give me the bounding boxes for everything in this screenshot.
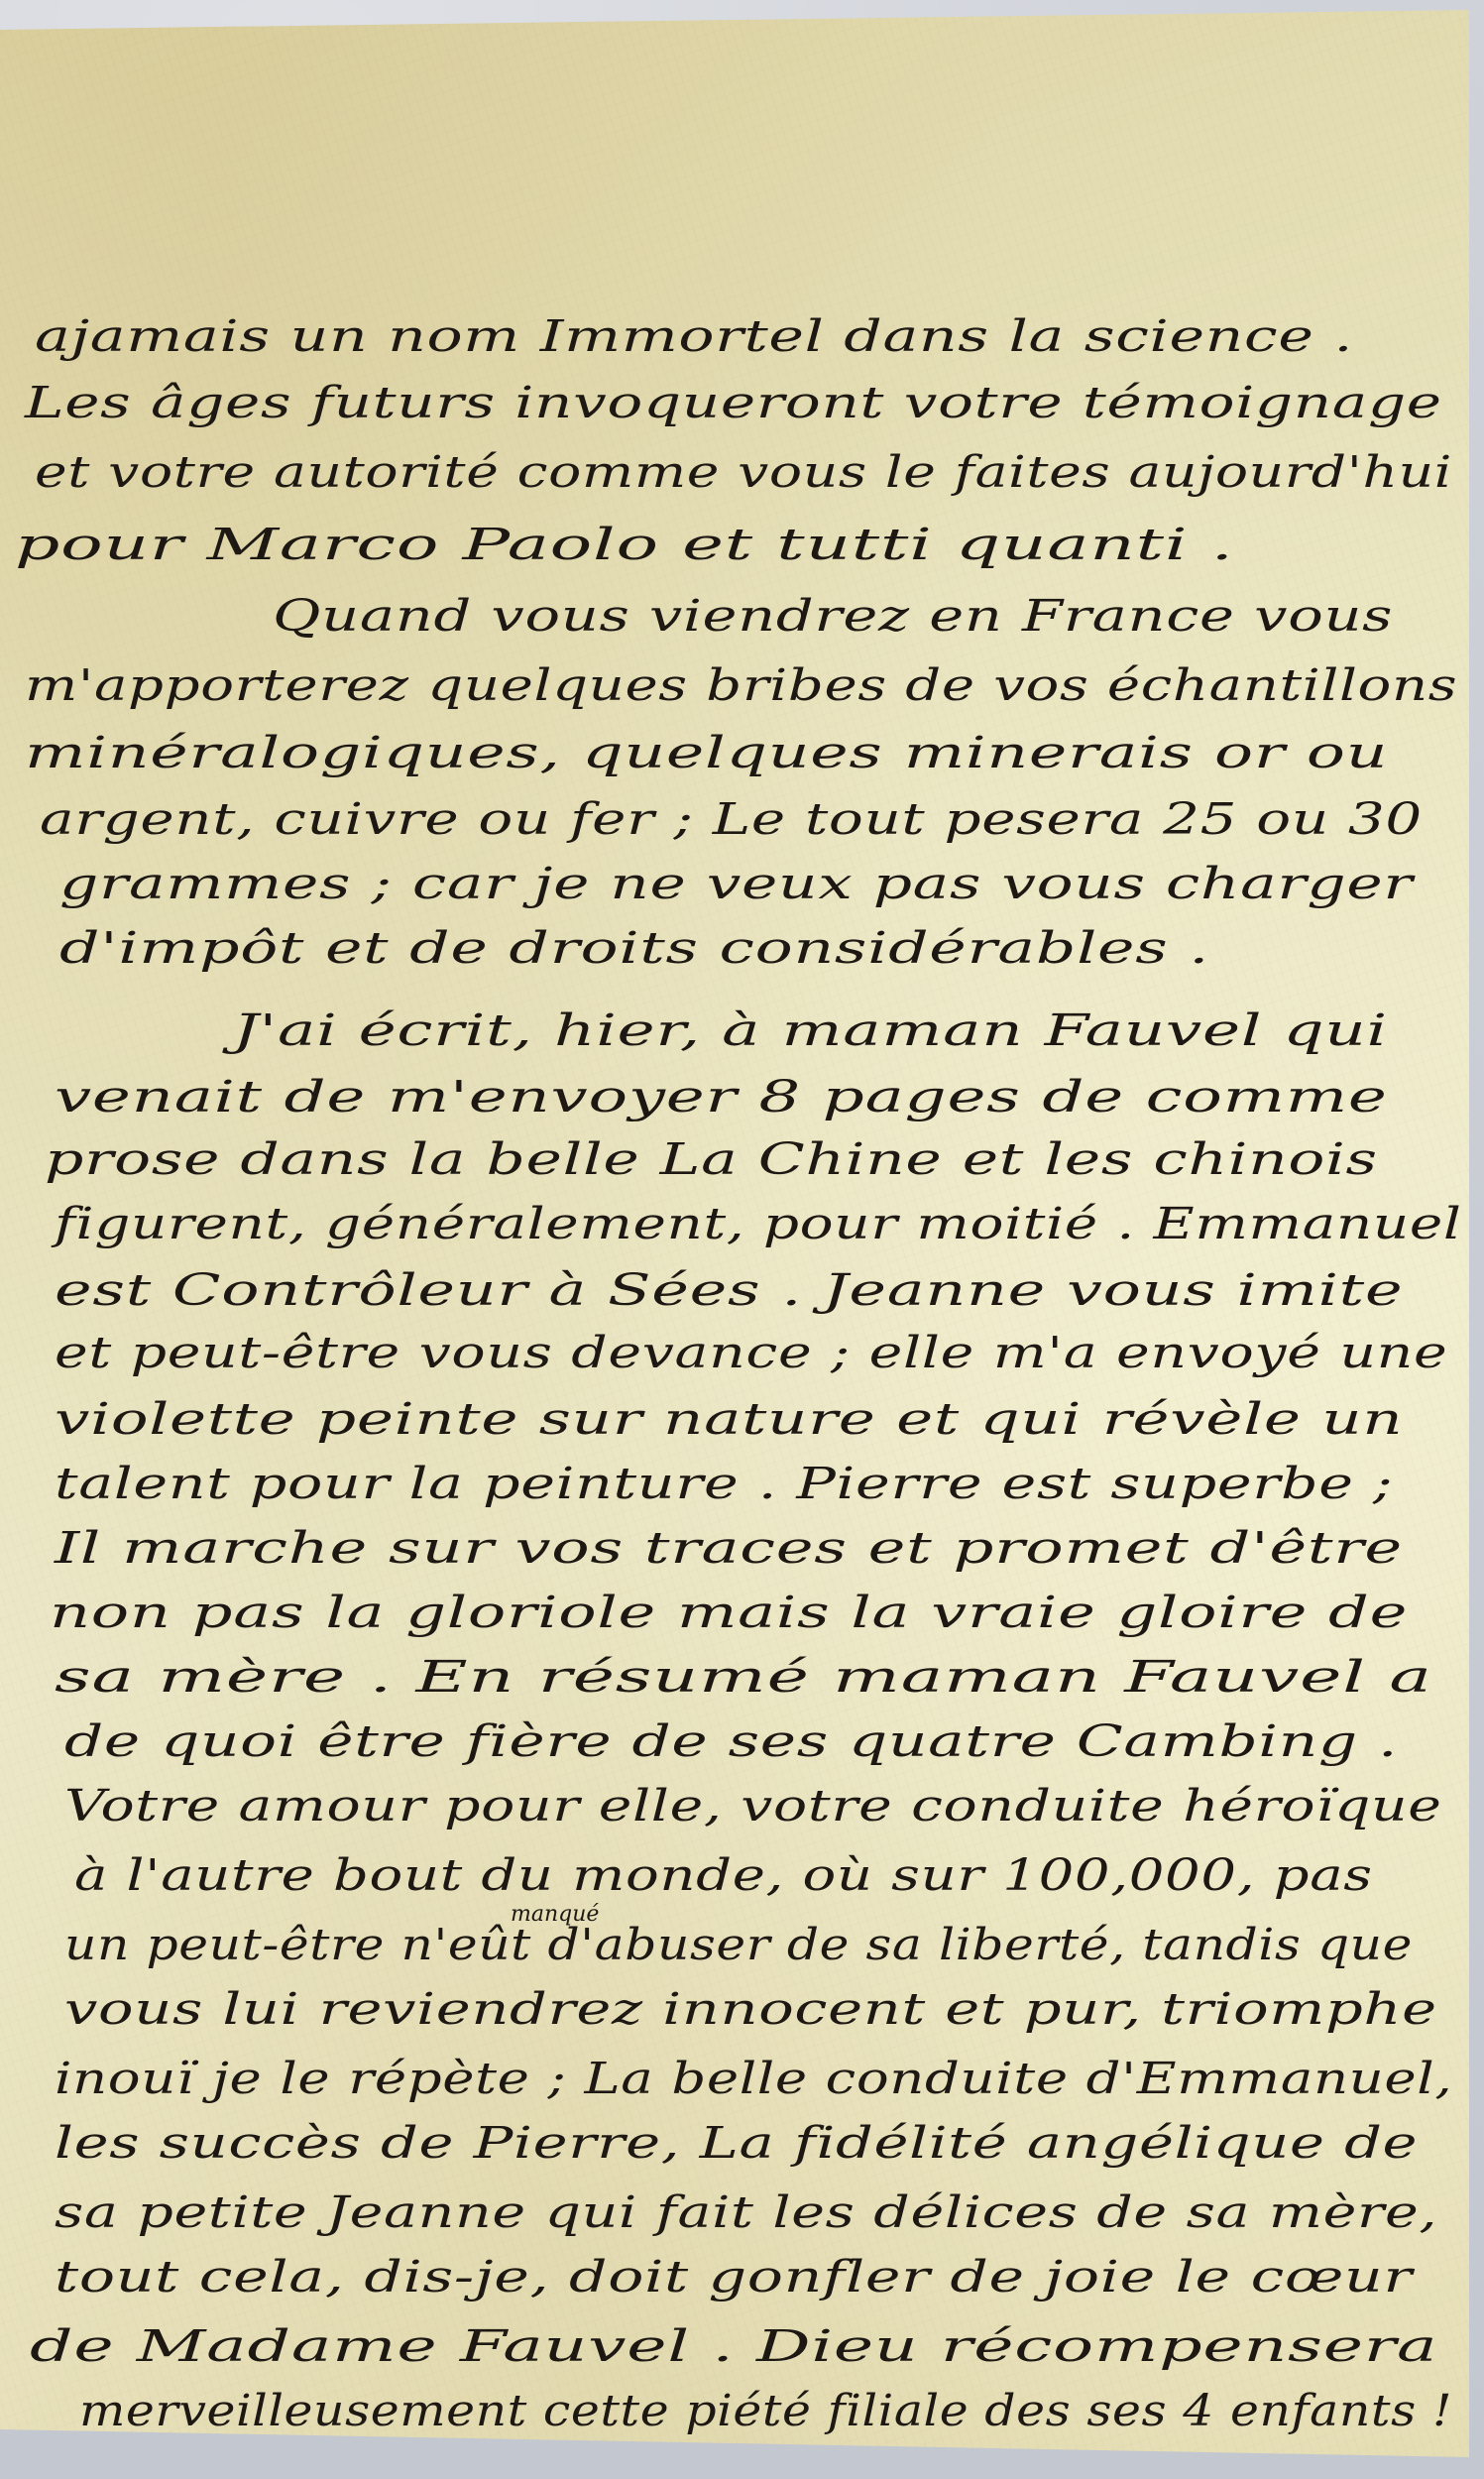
- handwritten-line: ajamais un nom Immortel dans la science …: [35, 315, 1353, 359]
- letter-page: ajamais un nom Immortel dans la science …: [0, 0, 1469, 2457]
- handwritten-line: minéralogiques, quelques minerais or ou: [25, 732, 1388, 775]
- handwritten-line: de Madame Fauvel . Dieu récompensera: [30, 2325, 1437, 2369]
- handwritten-line: Les âges futurs invoqueront votre témoig…: [25, 382, 1442, 425]
- handwritten-line: violette peinte sur nature et qui révèle…: [55, 1398, 1403, 1442]
- handwritten-line: sa mère . En résumé maman Fauvel a: [55, 1656, 1432, 1700]
- handwritten-line: merveilleusement cette piété filiale des…: [79, 2390, 1452, 2433]
- handwritten-line: Il marche sur vos traces et promet d'êtr…: [55, 1527, 1403, 1571]
- handwritten-line: à l'autre bout du monde, où sur 100,000,…: [74, 1854, 1373, 1898]
- handwritten-line: pour Marco Paolo et tutti quanti .: [15, 524, 1234, 567]
- handwritten-line: et peut-être vous devance ; elle m'a env…: [55, 1332, 1447, 1375]
- handwritten-line: argent, cuivre ou fer ; Le tout pesera 2…: [40, 798, 1423, 842]
- handwritten-line: de quoi être fière de ses quatre Cambing…: [64, 1720, 1398, 1764]
- handwritten-line: Votre amour pour elle, votre conduite hé…: [64, 1785, 1442, 1829]
- handwritten-text-body: ajamais un nom Immortel dans la science …: [0, 0, 1469, 2457]
- handwritten-line: non pas la gloriole mais la vraie gloire…: [50, 1592, 1408, 1635]
- handwritten-line: figurent, généralement, pour moitié . Em…: [55, 1203, 1462, 1246]
- handwritten-line: grammes ; car je ne veux pas vous charge…: [59, 863, 1413, 906]
- handwritten-line: et votre autorité comme vous le faites a…: [35, 451, 1452, 495]
- handwritten-line: est Contrôleur à Sées . Jeanne vous imit…: [55, 1269, 1403, 1313]
- handwritten-line: un peut-être n'eût d'abuser de sa libert…: [64, 1924, 1413, 1967]
- handwritten-line: inouï je le répète ; La belle conduite d…: [55, 2058, 1452, 2101]
- handwritten-line: tout cela, dis-je, doit gonfler de joie …: [55, 2256, 1413, 2300]
- handwritten-line: prose dans la belle La Chine et les chin…: [45, 1138, 1378, 1182]
- handwritten-line: sa petite Jeanne qui fait les délices de…: [55, 2191, 1437, 2235]
- handwritten-line: talent pour la peinture . Pierre est sup…: [55, 1463, 1393, 1506]
- handwritten-line: venait de m'envoyer 8 pages de comme: [55, 1076, 1388, 1120]
- handwritten-line: les succès de Pierre, La fidélité angéli…: [55, 2122, 1418, 2166]
- handwritten-line: vous lui reviendrez innocent et pur, tri…: [64, 1988, 1437, 2032]
- handwritten-line: d'impôt et de droits considérables .: [59, 927, 1209, 971]
- interlinear-insertion: manqué: [511, 1902, 599, 1927]
- handwritten-line: Quand vous viendrez en France vous: [273, 595, 1393, 639]
- handwritten-line: J'ai écrit, hier, à maman Fauvel qui: [233, 1009, 1388, 1053]
- handwritten-line: m'apporterez quelques bribes de vos écha…: [25, 664, 1457, 708]
